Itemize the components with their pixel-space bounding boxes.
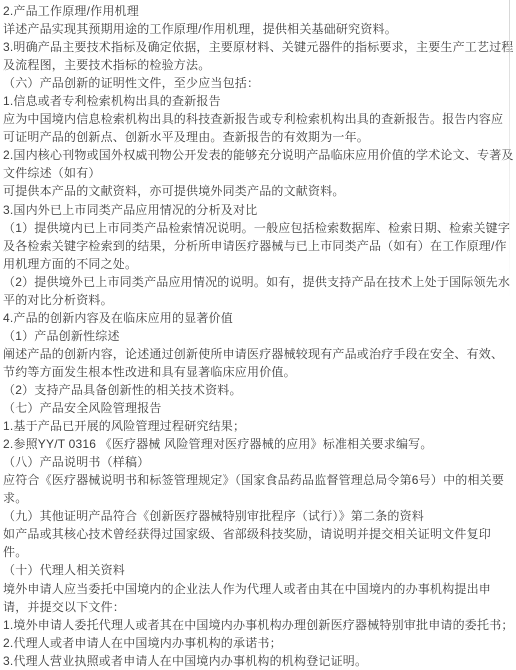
body-line: 详述产品实现其预期用途的工作原理/作用机理，提供相关基础研究资料。: [3, 20, 516, 38]
body-line: 请，并提交以下文件：: [3, 598, 516, 616]
page-edge-divider: [509, 0, 510, 300]
numbered-item: 3.明确产品主要技术指标及确定依据，主要原材料、关键元器件的指标要求，主要生产工…: [3, 38, 516, 56]
numbered-item: 1.境外申请人委托代理人或者其在中国境内办事机构办理创新医疗器械特别审批申请的委…: [3, 616, 516, 634]
body-line: 及流程图，主要技术指标的检验方法。: [3, 56, 516, 74]
body-line: 平的对比分析资料。: [3, 291, 516, 309]
sub-item: （2）提供境外已上市同类产品应用情况的说明。如有，提供支持产品在技术上处于国际领…: [3, 273, 516, 291]
sub-item: （1）产品创新性综述: [3, 327, 516, 345]
numbered-item: 3.国内外已上市同类产品应用情况的分析及对比: [3, 201, 516, 219]
body-line: 境外申请人应当委托中国境内的企业法人作为代理人或者由其在中国境内的办事机构提出申: [3, 580, 516, 598]
sub-item: （2）支持产品具备创新性的相关技术资料。: [3, 381, 516, 399]
body-line: 应符合《医疗器械说明书和标签管理规定》（国家食品药品监督管理总局令第6号）中的相…: [3, 471, 516, 489]
body-line: 求。: [3, 489, 516, 507]
body-line: 文件综述（如有）: [3, 164, 516, 182]
body-line: 件。: [3, 543, 516, 561]
section-heading: （八）产品说明书（样稿）: [3, 453, 516, 471]
document-page: 2.产品工作原理/作用机理 详述产品实现其预期用途的工作原理/作用机理，提供相关…: [0, 0, 516, 670]
body-line: 阐述产品的创新内容，论述通过创新使所申请医疗器械较现有产品或治疗手段在安全、有效…: [3, 345, 516, 363]
body-line: 可证明产品的创新点、创新水平及理由。查新报告的有效期为一年。: [3, 128, 516, 146]
section-heading: （六）产品创新的证明性文件，至少应当包括：: [3, 74, 516, 92]
numbered-item: 2.国内核心刊物或国外权威刊物公开发表的能够充分说明产品临床应用价值的学术论文、…: [3, 146, 516, 164]
section-heading: （十）代理人相关资料: [3, 561, 516, 579]
numbered-item: 2.代理人或者申请人在中国境内办事机构的承诺书；: [3, 634, 516, 652]
body-line: 应为中国境内信息检索机构出具的科技查新报告或专利检索机构出具的查新报告。报告内容…: [3, 110, 516, 128]
numbered-item: 4.产品的创新内容及在临床应用的显著价值: [3, 309, 516, 327]
numbered-item: 1.基于产品已开展的风险管理过程研究结果；: [3, 417, 516, 435]
numbered-item: 2.产品工作原理/作用机理: [3, 2, 516, 20]
body-line: 用机理方面的不同之处。: [3, 255, 516, 273]
sub-item: （1）提供境内已上市同类产品检索情况说明。一般应包括检索数据库、检索日期、检索关…: [3, 219, 516, 237]
section-heading: （九）其他证明产品符合《创新医疗器械特别审批程序（试行）》第二条的资料: [3, 507, 516, 525]
section-heading: （七）产品安全风险管理报告: [3, 399, 516, 417]
body-line: 如产品或其核心技术曾经获得过国家级、省部级科技奖励，请说明并提交相关证明文件复印: [3, 525, 516, 543]
body-line: 及各检索关键字检索到的结果，分析所申请医疗器械与已上市同类产品（如有）在工作原理…: [3, 237, 516, 255]
numbered-item: 2.参照YY/T 0316 《医疗器械 风险管理对医疗器械的应用》标准相关要求编…: [3, 435, 516, 453]
numbered-item: 3.代理人营业执照或者申请人在中国境内办事机构的机构登记证明。: [3, 652, 516, 670]
numbered-item: 1.信息或者专利检索机构出具的查新报告: [3, 92, 516, 110]
body-line: 可提供本产品的文献资料，亦可提供境外同类产品的文献资料。: [3, 182, 516, 200]
body-line: 节约等方面发生根本性改进和具有显著临床应用价值。: [3, 363, 516, 381]
